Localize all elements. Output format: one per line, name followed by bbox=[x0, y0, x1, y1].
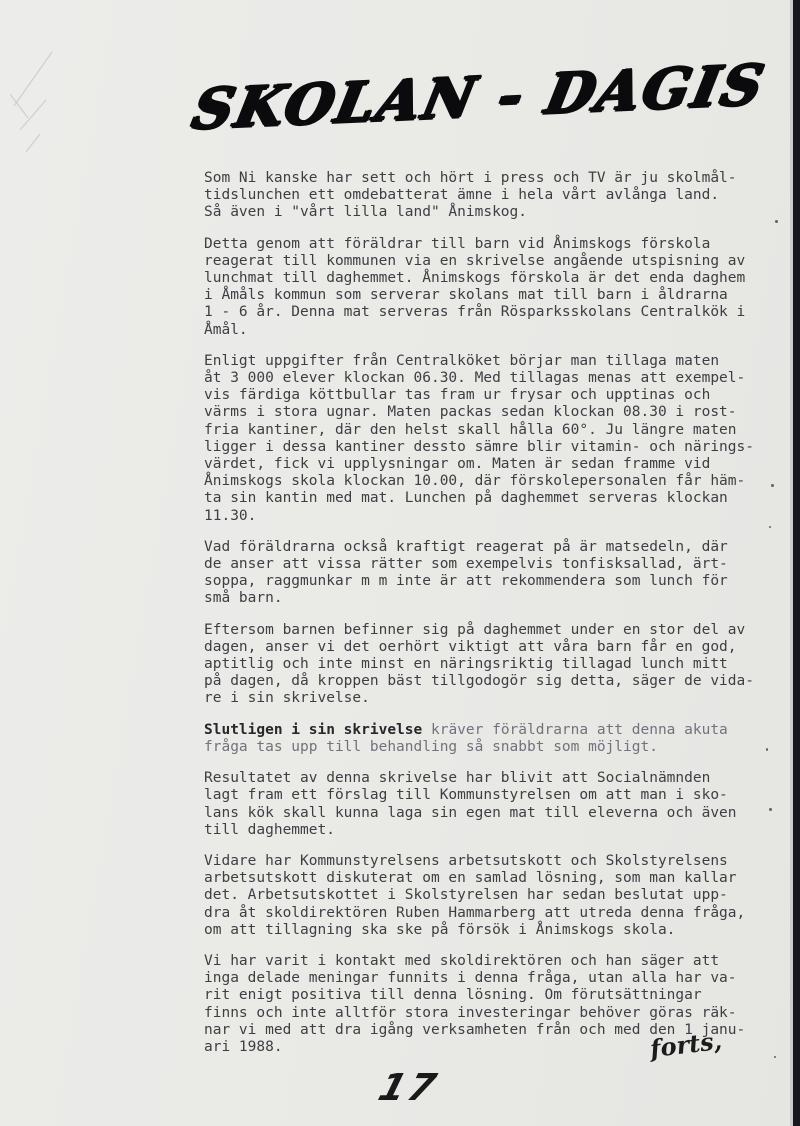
scan-speck bbox=[766, 748, 768, 751]
pencil-scratch-mark bbox=[6, 34, 76, 174]
paragraph: Vidare har Kommunstyrelsens arbetsutskot… bbox=[204, 853, 760, 939]
paragraph: Som Ni kanske har sett och hört i press … bbox=[204, 170, 760, 222]
paragraph: Enligt uppgifter från Centralköket börja… bbox=[204, 353, 760, 525]
paragraph: Resultatet av denna skrivelse har blivit… bbox=[204, 770, 760, 839]
scan-edge bbox=[793, 0, 800, 1126]
paragraph: Vad föräldrarna också kraftigt reagerat … bbox=[204, 539, 760, 608]
paragraph-bold-lead: Slutligen i sin skrivelse bbox=[204, 722, 422, 738]
page-number: 17 bbox=[374, 1066, 444, 1109]
paragraph: Detta genom att föräldrar till barn vid … bbox=[204, 236, 760, 339]
article-body: Som Ni kanske har sett och hört i press … bbox=[204, 170, 760, 1070]
paragraph: Eftersom barnen befinner sig på daghemme… bbox=[204, 622, 760, 708]
scan-speck bbox=[771, 484, 774, 487]
paragraph-with-bold-lead: Slutligen i sin skrivelse kräver föräldr… bbox=[204, 722, 760, 756]
scan-speck bbox=[774, 1056, 776, 1058]
scan-speck bbox=[775, 220, 778, 223]
scan-speck bbox=[769, 526, 771, 528]
page-title: SKOLAN - DAGIS bbox=[187, 51, 771, 142]
scan-speck bbox=[769, 808, 772, 811]
scanned-document-page: SKOLAN - DAGIS Som Ni kanske har sett oc… bbox=[0, 0, 800, 1126]
